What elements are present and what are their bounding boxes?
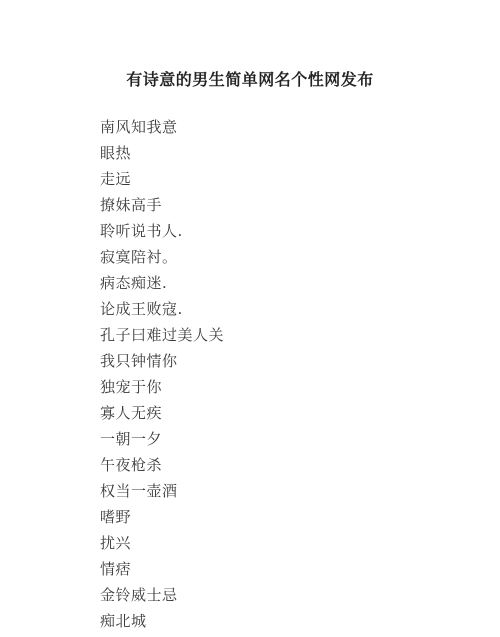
document-page: 有诗意的男生简单网名个性网发布 南风知我意眼热走远撩妹高手聆听说书人.寂寞陪衬。… xyxy=(0,0,500,637)
name-list-item: 南风知我意 xyxy=(100,114,500,140)
name-list-item: 孔子曰难过美人关 xyxy=(100,322,500,348)
name-list-item: 寂寞陪衬。 xyxy=(100,244,500,270)
name-list-item: 午夜枪杀 xyxy=(100,452,500,478)
page-title: 有诗意的男生简单网名个性网发布 xyxy=(0,0,500,91)
name-list-item: 走远 xyxy=(100,166,500,192)
name-list: 南风知我意眼热走远撩妹高手聆听说书人.寂寞陪衬。病态痴迷.论成王败寇.孔子曰难过… xyxy=(100,114,500,634)
name-list-item: 撩妹高手 xyxy=(100,192,500,218)
name-list-item: 独宠于你 xyxy=(100,374,500,400)
name-list-item: 扰兴 xyxy=(100,530,500,556)
name-list-item: 论成王败寇. xyxy=(100,296,500,322)
name-list-item: 我只钟情你 xyxy=(100,348,500,374)
name-list-item: 金铃威士忌 xyxy=(100,582,500,608)
name-list-item: 一朝一夕 xyxy=(100,426,500,452)
name-list-item: 嗜野 xyxy=(100,504,500,530)
name-list-item: 眼热 xyxy=(100,140,500,166)
name-list-item: 病态痴迷. xyxy=(100,270,500,296)
name-list-item: 寡人无疾 xyxy=(100,400,500,426)
name-list-item: 情痞 xyxy=(100,556,500,582)
name-list-item: 聆听说书人. xyxy=(100,218,500,244)
name-list-item: 痴北城 xyxy=(100,608,500,634)
name-list-item: 权当一壶酒 xyxy=(100,478,500,504)
